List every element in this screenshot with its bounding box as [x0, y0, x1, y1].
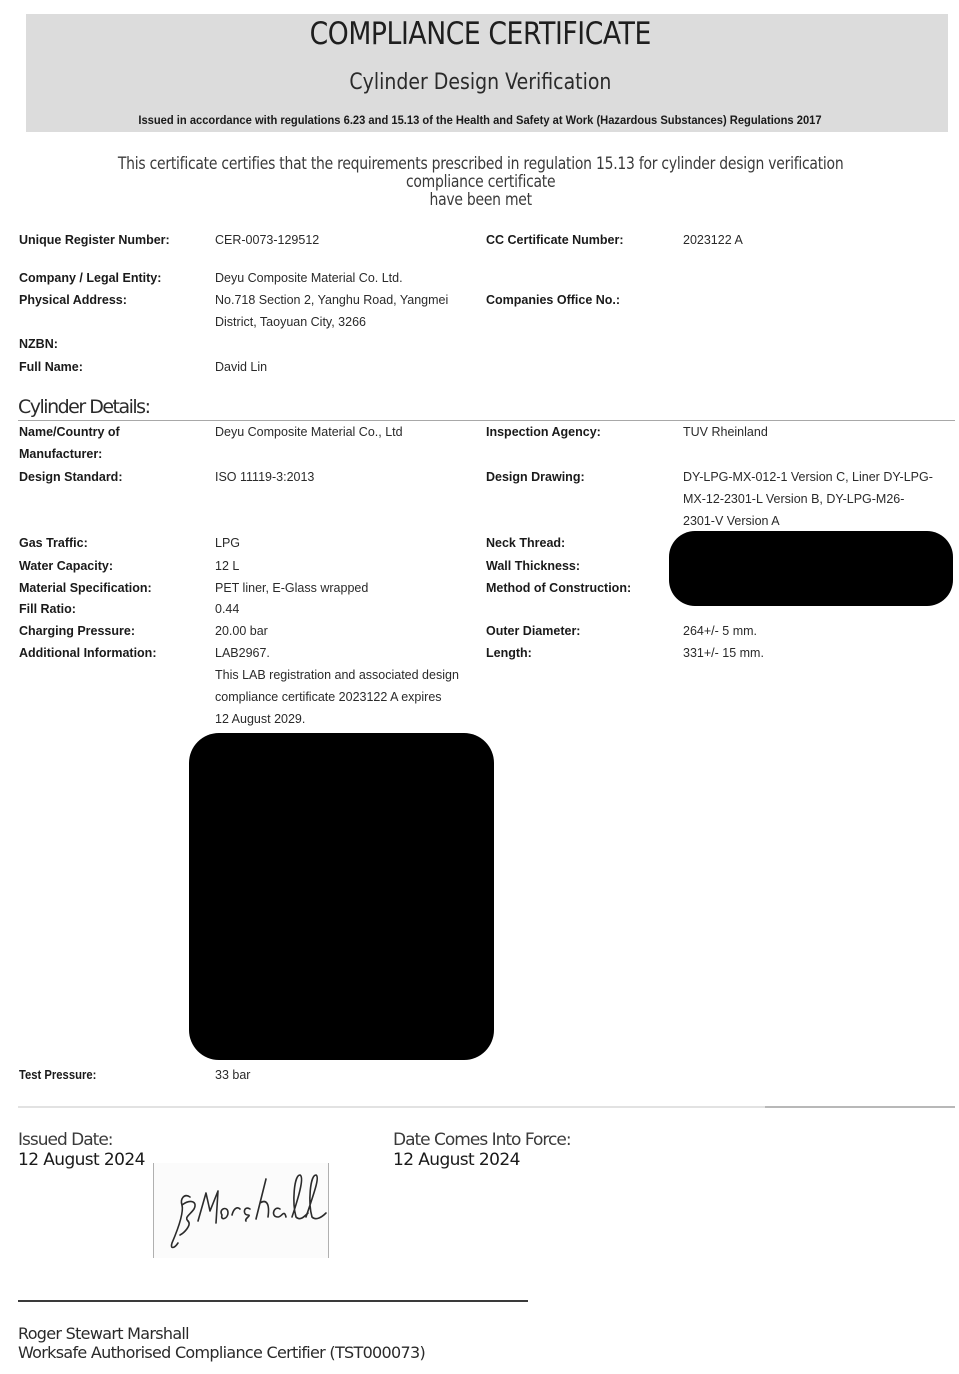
full-name-label: Full Name: [19, 356, 83, 378]
unique-register-number-value: CER-0073-129512 [215, 229, 319, 251]
material-specification-value: PET liner, E-Glass wrapped [215, 577, 368, 599]
manufacturer-label-line2: Manufacturer: [19, 443, 120, 465]
signatory-title: Worksafe Authorised Compliance Certifier… [18, 1343, 425, 1362]
design-drawing-value: DY-LPG-MX-012-1 Version C, Liner DY-LPG-… [683, 466, 933, 532]
material-specification-label: Material Specification: [19, 577, 152, 599]
issued-date-value: 12 August 2024 [18, 1150, 145, 1170]
fill-ratio-value: 0.44 [215, 598, 239, 620]
certification-statement-line1: This certificate certifies that the requ… [87, 155, 873, 191]
inspection-agency-label: Inspection Agency: [486, 421, 601, 443]
companies-office-label: Companies Office No.: [486, 289, 620, 311]
in-force-date-value: 12 August 2024 [393, 1150, 520, 1170]
signatory-name: Roger Stewart Marshall [18, 1324, 425, 1343]
design-drawing-line2: MX-12-2301-L Version B, DY-LPG-M26- [683, 488, 933, 510]
length-value: 331+/- 15 mm. [683, 642, 764, 664]
regulations-note: Issued in accordance with regulations 6.… [34, 113, 926, 127]
gas-traffic-value: LPG [215, 532, 240, 554]
manufacturer-value: Deyu Composite Material Co., Ltd [215, 421, 403, 443]
additional-information-value: LAB2967. This LAB registration and assoc… [215, 642, 459, 730]
footer-divider-accent [765, 1106, 955, 1108]
company-label: Company / Legal Entity: [19, 267, 161, 289]
signatory-block: Roger Stewart Marshall Worksafe Authoris… [18, 1324, 425, 1362]
physical-address-label: Physical Address: [19, 289, 127, 311]
redacted-block-specs [669, 531, 953, 606]
nzbn-label: NZBN: [19, 333, 58, 355]
issued-date-label: Issued Date: [18, 1130, 113, 1150]
gas-traffic-label: Gas Traffic: [19, 532, 88, 554]
additional-information-line2: This LAB registration and associated des… [215, 664, 459, 686]
water-capacity-label: Water Capacity: [19, 555, 113, 577]
physical-address-line2: District, Taoyuan City, 3266 [215, 311, 448, 333]
certification-statement-line2: have been met [87, 191, 873, 209]
in-force-date-label: Date Comes Into Force: [393, 1130, 571, 1150]
length-label: Length: [486, 642, 532, 664]
redacted-block-image [189, 733, 494, 1060]
water-capacity-value: 12 L [215, 555, 239, 577]
cc-certificate-number-value: 2023122 A [683, 229, 743, 251]
cylinder-details-heading: Cylinder Details: [18, 396, 149, 418]
test-pressure-label: Test Pressure: [19, 1064, 96, 1086]
company-value: Deyu Composite Material Co. Ltd. [215, 267, 403, 289]
charging-pressure-value: 20.00 bar [215, 620, 268, 642]
wall-thickness-label: Wall Thickness: [486, 555, 580, 577]
method-of-construction-label: Method of Construction: [486, 577, 631, 599]
cc-certificate-number-label: CC Certificate Number: [486, 229, 624, 251]
outer-diameter-value: 264+/- 5 mm. [683, 620, 757, 642]
manufacturer-label-line1: Name/Country of [19, 421, 120, 443]
design-drawing-line3: 2301-V Version A [683, 510, 933, 532]
physical-address-line1: No.718 Section 2, Yanghu Road, Yangmei [215, 289, 448, 311]
full-name-value: David Lin [215, 356, 267, 378]
unique-register-number-label: Unique Register Number: [19, 229, 170, 251]
design-standard-value: ISO 11119-3:2013 [215, 466, 314, 488]
certification-statement: This certificate certifies that the requ… [87, 155, 873, 209]
additional-information-line4: 12 August 2029. [215, 708, 459, 730]
design-drawing-label: Design Drawing: [486, 466, 585, 488]
design-standard-label: Design Standard: [19, 466, 123, 488]
certificate-subtitle: Cylinder Design Verification [68, 70, 893, 95]
additional-information-label: Additional Information: [19, 642, 156, 664]
signature-icon [154, 1163, 328, 1258]
additional-information-line3: compliance certificate 2023122 A expires [215, 686, 459, 708]
inspection-agency-value: TUV Rheinland [683, 421, 768, 443]
certificate-title: COMPLIANCE CERTIFICATE [68, 16, 893, 52]
signature-image [153, 1163, 329, 1258]
additional-information-line1: LAB2967. [215, 642, 459, 664]
neck-thread-label: Neck Thread: [486, 532, 565, 554]
physical-address-value: No.718 Section 2, Yanghu Road, Yangmei D… [215, 289, 448, 333]
signature-line [18, 1300, 528, 1302]
outer-diameter-label: Outer Diameter: [486, 620, 580, 642]
design-drawing-line1: DY-LPG-MX-012-1 Version C, Liner DY-LPG- [683, 466, 933, 488]
test-pressure-value: 33 bar [215, 1064, 250, 1086]
fill-ratio-label: Fill Ratio: [19, 598, 76, 620]
manufacturer-label: Name/Country of Manufacturer: [19, 421, 120, 465]
charging-pressure-label: Charging Pressure: [19, 620, 135, 642]
